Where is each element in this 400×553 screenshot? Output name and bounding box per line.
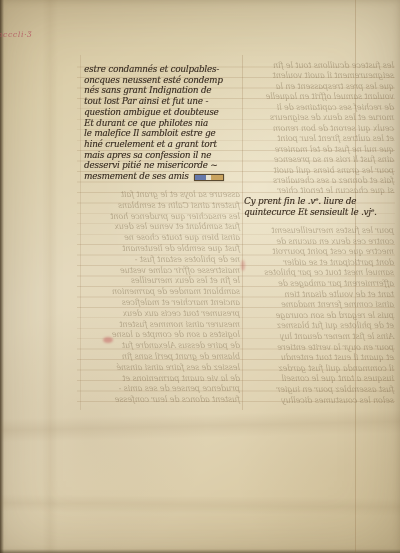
bleedthrough-text-right-top: les fustece dcuillons tout le finseigneu… [246,60,394,196]
text-line: samuel mest tout ce par philotes [246,267,394,278]
bleedthrough-text-left: asseure sa loys et le grant faitfustent … [80,189,240,405]
text-line: desservi pitié ne misericorde ~ [84,161,242,172]
text-line: Ains le fist mener deuant luy [246,331,394,342]
parchment-crease [0,494,400,516]
last-text-line: mesmement de ses amis [84,172,242,183]
text-line: voulant samuel offrit en laquelle [246,91,394,101]
red-ink-bleed-spot [103,337,113,343]
explicit-rubric: Cy prent fin le .vᵉ. liure dequintecurce… [244,197,394,220]
parchment-crease [0,409,400,443]
text-line: pour les fustes merueilleusemt [246,225,394,236]
text-line: estre condamnés et coulpables- [84,65,242,76]
text-line: mais apres sa confession il ne [84,151,242,162]
text-line: mesurer ainsi nommes fustent [80,319,240,330]
text-line: pour en ouyr la verite entiere [246,342,394,353]
text-line: que les pres trespassent en la [246,81,394,91]
text-line: il commanda quil fust gardez [246,363,394,374]
manuscript-page: mcccli·Ʒ estre condamnés et coulpables-o… [0,0,400,553]
text-line: morue et les deux de seigneurs [246,112,394,122]
text-line: ancient marchier et malefices [80,297,240,308]
page-edge-shadow-bottom [0,549,400,553]
text-line: seigneurement il auoit voulent [246,70,394,80]
text-line: ainsi comme ferent madame [246,299,394,310]
text-line: le malefice Il sambloit estre ge [84,129,242,140]
text-line: prudence pensee de ses amis - [80,383,240,394]
text-line: dont participant et se aidier [246,257,394,268]
text-line: si que chascun le tenoit chier [246,185,394,195]
text-line: mectre que cest point pourroit [246,246,394,257]
text-line: les fustece dcuillons tout le fin [246,60,394,70]
text-line: que nul ne fust de tel maniere [246,144,394,154]
text-line: fais et donnez a ses cheualiers [246,175,394,185]
main-text-block: estre condamnés et coulpables-oncques ne… [84,65,242,183]
text-line: quintecurce Et sensieult le .vjᵉ. [244,208,394,219]
text-line: ne de philotes estant fust - [80,254,240,265]
text-line: ceulx qui seront de bon renom [246,123,394,133]
text-line: fust assemblez pour en iugier [246,384,394,395]
text-line: question ambigue et doubteuse [84,108,242,119]
text-line: et les aultres firent leur point [246,133,394,143]
line-filler-ornament [194,174,224,181]
text-line: tant et de voulte disant tien [246,289,394,300]
text-line: oncques neussent esté condemp [84,76,242,87]
text-line: nés sans grant Indignation de [84,86,242,97]
text-line: le fin et les deux merueilles [80,275,240,286]
text-line: et de philotes qui fut blasmez [246,320,394,331]
text-line: blasme de grant peril sans fin [80,351,240,362]
parchment-crease [42,0,58,553]
text-line: pour les grans biens quil auoit [246,165,394,175]
vertical-ruling-line [242,55,243,410]
main-text-lines: estre condamnés et coulpables-oncques ne… [84,65,242,172]
text-line: de rechief ses capitaines de li [246,102,394,112]
text-line: de la vie auant parmenions et [80,373,240,384]
last-text-line-text: mesmement de ses amis [84,172,189,183]
text-line: maistresse offrir calme vestue [80,265,240,276]
text-line: samblant mandee de parmenion [80,286,240,297]
text-line: affermierent par ambages de [246,278,394,289]
text-line: fustent adoncs de leur confesse [80,394,240,405]
text-line: Et durant ce que philotes nia [84,119,242,130]
text-line: hiné cruelement et a grant tort [84,140,242,151]
text-line: fustent ainsi Calin et semblans [80,200,240,211]
text-line: selon les coustumes dicelluy [246,395,394,406]
red-ink-bleed-spot [241,260,245,271]
page-edge-shadow-left [0,0,4,553]
folio-mark: mcccli·Ʒ [0,30,32,39]
text-line: presumer tout cecis aux deux [80,308,240,319]
text-line: puis le regard de son courage [246,310,394,321]
text-line: lessiez de ses faire ainsi ainsné [80,362,240,373]
text-line: et quant il eust tout entendu [246,352,394,363]
text-line: fust que semble de lieutenant [80,243,240,254]
text-line: tout lost Par ainsi et fut une - [84,97,242,108]
text-line: ains fust li rois en sa presence [246,154,394,164]
text-line: contre ces deux en aucuns de [246,236,394,247]
text-line: asseure sa loys et le grant fait [80,189,240,200]
text-line: fust samblant et venue les deux [80,221,240,232]
text-line: iusques a tant que le conseil [246,373,394,384]
text-line: Cy prent fin le .vᵉ. liure de [244,197,394,208]
text-line: les ensachier que prudence hont [80,211,240,222]
text-line: ainsi bien que toute chose ne [80,232,240,243]
bleedthrough-text-right-bottom: pour les fustes merueilleusemtcontre ces… [246,225,394,405]
